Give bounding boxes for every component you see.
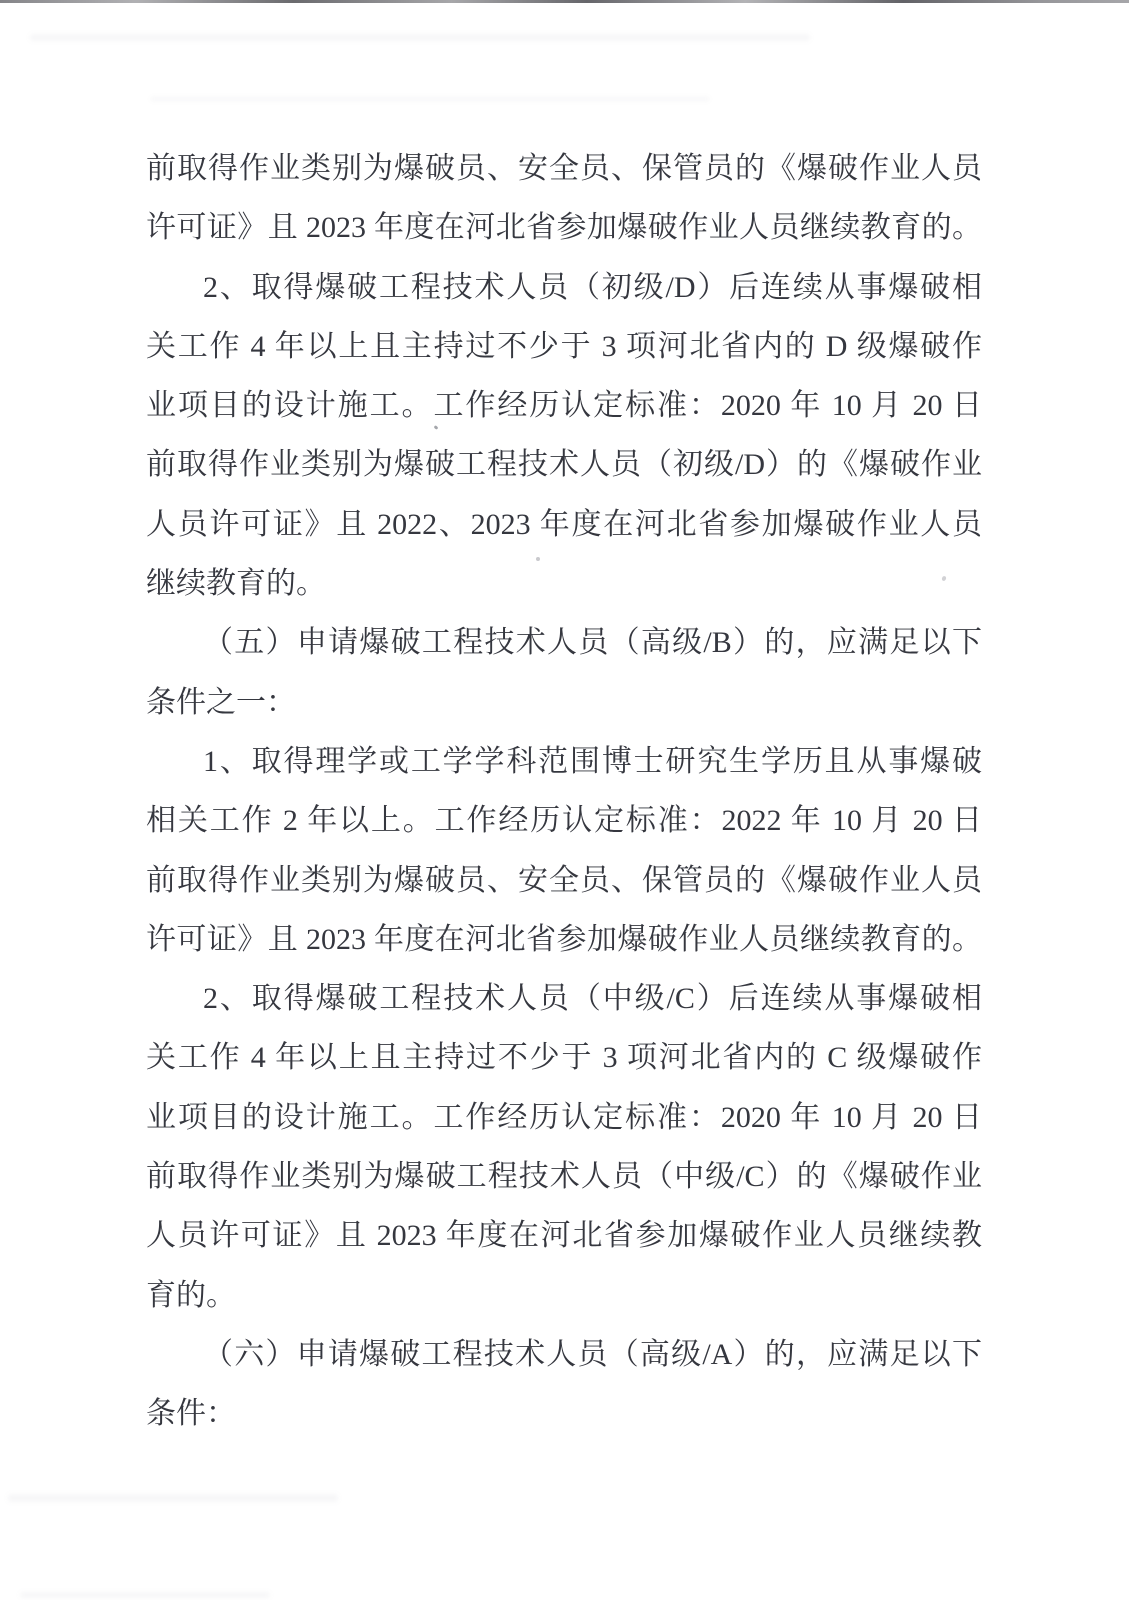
text-line: （六）申请爆破工程技术人员（高级/A）的，应满足以下 [146,1325,982,1384]
text-line: 相关工作 2 年以上。工作经历认定标准：2022 年 10 月 20 日 [146,791,982,850]
text-line: 前取得作业类别为爆破员、安全员、保管员的《爆破作业人员 [146,851,982,910]
text-line: 关工作 4 年以上且主持过不少于 3 项河北省内的 C 级爆破作 [146,1028,982,1087]
text-line: 前取得作业类别为爆破工程技术人员（中级/C）的《爆破作业 [146,1147,982,1206]
text-line: 业项目的设计施工。工作经历认定标准：2020 年 10 月 20 日 [146,1088,982,1147]
scan-smudge [30,34,810,41]
document-page: 前取得作业类别为爆破员、安全员、保管员的《爆破作业人员许可证》且 2023 年度… [0,0,1129,1600]
text-line: 2、取得爆破工程技术人员（中级/C）后连续从事爆破相 [146,969,982,1028]
text-line: 育的。 [146,1266,982,1325]
text-line: （五）申请爆破工程技术人员（高级/B）的，应满足以下 [146,613,982,672]
text-line: 2、取得爆破工程技术人员（初级/D）后连续从事爆破相 [146,258,982,317]
text-line: 前取得作业类别为爆破工程技术人员（初级/D）的《爆破作业 [146,435,982,494]
text-line: 条件之一： [146,673,982,732]
scan-smudge [20,1592,270,1598]
text-line: 业项目的设计施工。工作经历认定标准：2020 年 10 月 20 日 [146,376,982,435]
text-line: 前取得作业类别为爆破员、安全员、保管员的《爆破作业人员 [146,139,982,198]
scan-edge-artifact [0,0,1129,3]
text-line: 关工作 4 年以上且主持过不少于 3 项河北省内的 D 级爆破作 [146,317,982,376]
document-text: 前取得作业类别为爆破员、安全员、保管员的《爆破作业人员许可证》且 2023 年度… [146,139,982,1444]
scan-smudge [8,1494,338,1502]
text-line: 人员许可证》且 2022、2023 年度在河北省参加爆破作业人员 [146,495,982,554]
text-line: 1、取得理学或工学学科范围博士研究生学历且从事爆破 [146,732,982,791]
text-line: 许可证》且 2023 年度在河北省参加爆破作业人员继续教育的。 [146,910,982,969]
scan-smudge [150,96,710,102]
text-line: 人员许可证》且 2023 年度在河北省参加爆破作业人员继续教 [146,1206,982,1265]
text-line: 继续教育的。 [146,554,982,613]
text-line: 许可证》且 2023 年度在河北省参加爆破作业人员继续教育的。 [146,198,982,257]
text-line: 条件： [146,1384,982,1443]
